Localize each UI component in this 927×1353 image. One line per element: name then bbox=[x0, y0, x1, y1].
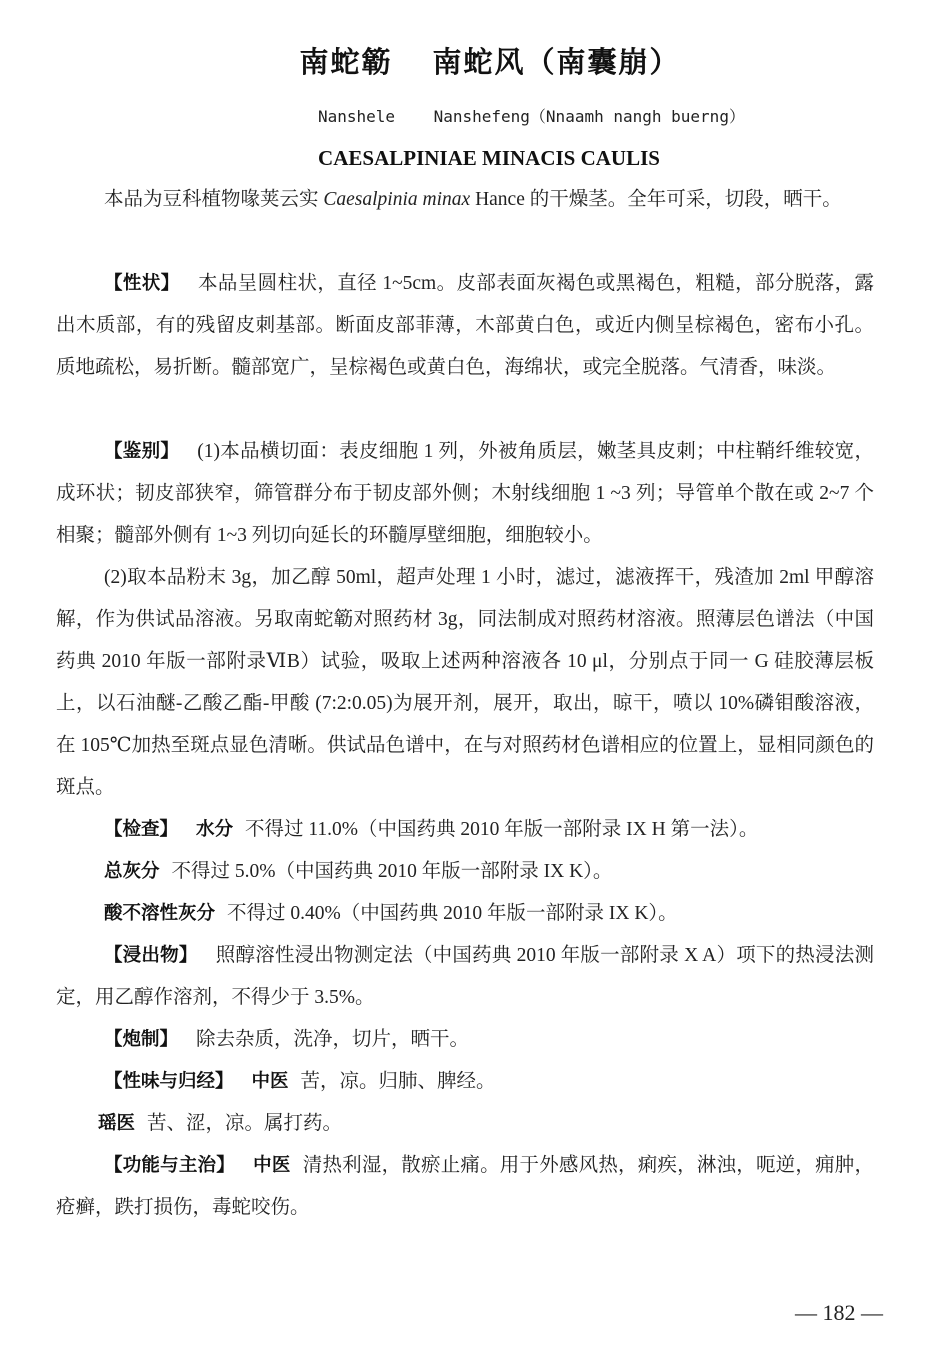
pinyin-right: Nanshefeng（Nnaamh nangh buerng） bbox=[434, 107, 745, 126]
section-gongneng: 【功能与主治】中医清热利湿，散瘀止痛。用于外感风热，痢疾，淋浊，呃逆，痈肿，疮癣… bbox=[56, 1145, 874, 1229]
section-jianbie-2: (2)取本品粉末 3g，加乙醇 50ml，超声处理 1 小时，滤过，滤液挥干，残… bbox=[56, 557, 874, 809]
latin-name: CAESALPINIAE MINACIS CAULIS bbox=[0, 146, 927, 171]
section-heading: 【性状】 bbox=[104, 273, 180, 294]
section-xingwei-yao: 瑶医苦、涩，凉。属打药。 bbox=[56, 1103, 874, 1145]
section-heading: 【炮制】 bbox=[104, 1029, 178, 1050]
section-jianbie-1: 【鉴别】(1)本品横切面：表皮细胞 1 列，外被角质层，嫩茎具皮刺；中柱鞘纤维较… bbox=[56, 431, 874, 557]
section-paozhi: 【炮制】除去杂质，洗净，切片，晒干。 bbox=[56, 1019, 874, 1061]
section-xingwei-tcm: 【性味与归经】中医苦，凉。归肺、脾经。 bbox=[56, 1061, 874, 1103]
section-heading: 【浸出物】 bbox=[104, 945, 198, 966]
section-heading: 【功能与主治】 bbox=[104, 1155, 235, 1176]
page-number: — 182 — bbox=[795, 1300, 883, 1326]
title-right: 南蛇风（南囊崩） bbox=[433, 45, 681, 79]
section-jiancha-water: 【检查】水分不得过 11.0%（中国药典 2010 年版一部附录 IX H 第一… bbox=[56, 809, 874, 851]
title-left: 南蛇簕 bbox=[299, 45, 392, 79]
species-name: Caesalpinia minax bbox=[323, 189, 470, 210]
section-jinchuwu: 【浸出物】照醇溶性浸出物测定法（中国药典 2010 年版一部附录 X A）项下的… bbox=[56, 935, 874, 1019]
section-heading: 【鉴别】 bbox=[104, 441, 179, 462]
pinyin-line: Nanshele Nanshefeng（Nnaamh nangh buerng） bbox=[318, 104, 745, 127]
section-heading: 【检查】 bbox=[104, 819, 178, 840]
section-jiancha-ash: 总灰分不得过 5.0%（中国药典 2010 年版一部附录 IX K）。 bbox=[56, 851, 874, 893]
page-title: 南蛇簕南蛇风（南囊崩） bbox=[0, 40, 927, 81]
section-heading: 【性味与归经】 bbox=[104, 1071, 234, 1092]
section-jiancha-acid-ash: 酸不溶性灰分不得过 0.40%（中国药典 2010 年版一部附录 IX K）。 bbox=[56, 893, 874, 935]
pinyin-left: Nanshele bbox=[318, 107, 395, 126]
intro-paragraph: 本品为豆科植物喙荚云实 Caesalpinia minax Hance 的干燥茎… bbox=[56, 179, 874, 221]
section-xingzhuang: 【性状】本品呈圆柱状，直径 1~5cm。皮部表面灰褐色或黑褐色，粗糙，部分脱落，… bbox=[56, 263, 874, 389]
